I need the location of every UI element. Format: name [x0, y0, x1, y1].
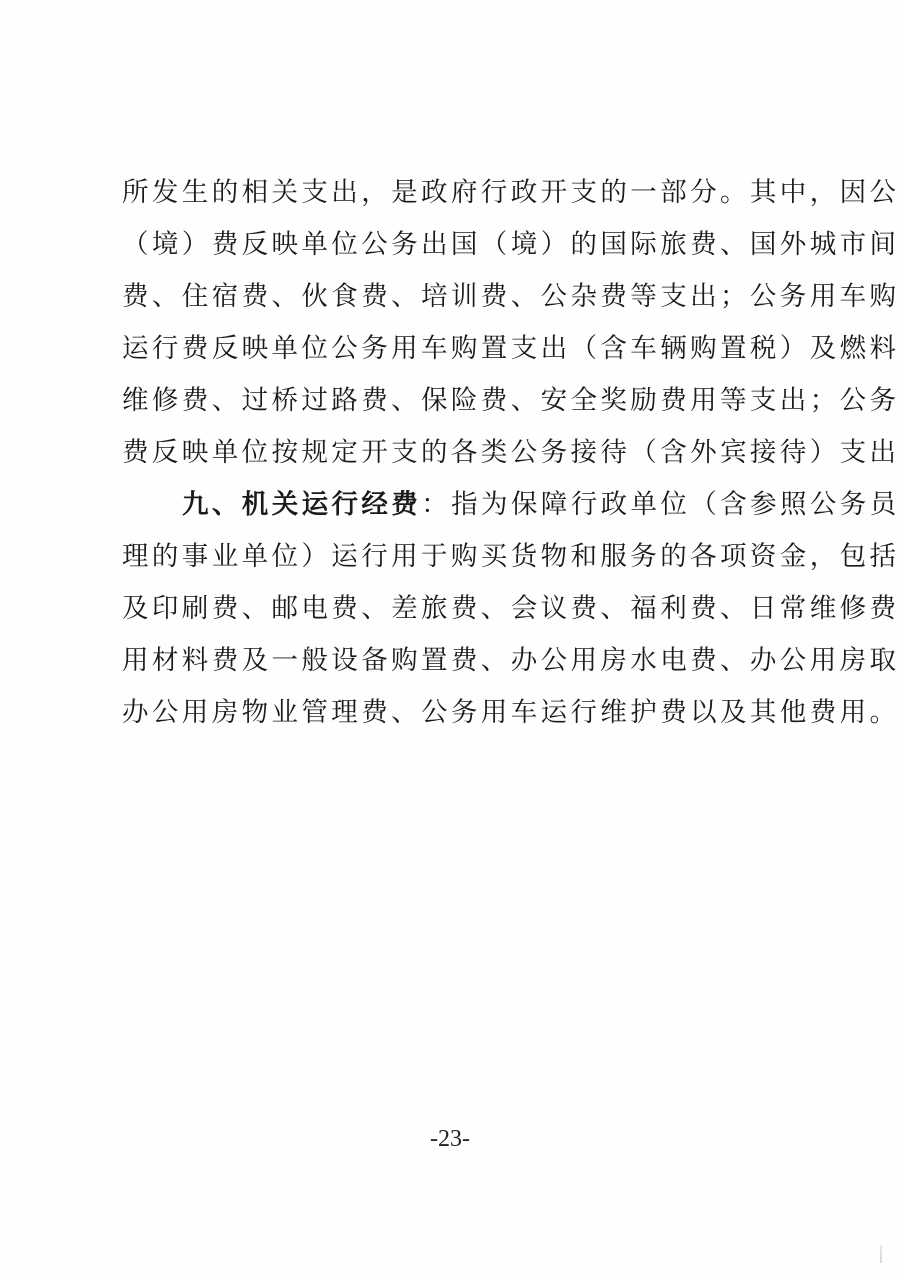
- paragraph-line: 维修费、过桥过路费、保险费、安全奖励费用等支出；公务接待: [122, 375, 786, 427]
- document-page: 所发生的相关支出，是政府行政开支的一部分。其中，因公出国 （境）费反映单位公务出…: [0, 0, 900, 1273]
- paragraph-line: 所发生的相关支出，是政府行政开支的一部分。其中，因公出国: [122, 167, 786, 219]
- paragraph-line: 及印刷费、邮电费、差旅费、会议费、福利费、日常维修费、专: [122, 583, 786, 635]
- paragraph-line: 理的事业单位）运行用于购买货物和服务的各项资金，包括办公: [122, 531, 786, 583]
- paragraph-line: 办公用房物业管理费、公务用车运行维护费以及其他费用。: [122, 687, 786, 739]
- section-definition-start: ：指为保障行政单位（含参照公务员法管: [421, 489, 900, 520]
- paragraph-line: 用材料费及一般设备购置费、办公用房水电费、办公用房取暖费、: [122, 635, 786, 687]
- scan-edge-mark: [880, 1245, 882, 1263]
- paragraph-line: 费反映单位按规定开支的各类公务接待（含外宾接待）支出。: [122, 427, 786, 479]
- section-heading-line: 九、机关运行经费：指为保障行政单位（含参照公务员法管: [122, 479, 786, 531]
- page-number: -23-: [0, 1126, 900, 1153]
- section-heading: 九、机关运行经费: [182, 489, 421, 520]
- paragraph-line: （境）费反映单位公务出国（境）的国际旅费、国外城市间交通: [122, 219, 786, 271]
- body-text: 所发生的相关支出，是政府行政开支的一部分。其中，因公出国 （境）费反映单位公务出…: [122, 167, 786, 739]
- paragraph-line: 运行费反映单位公务用车购置支出（含车辆购置税）及燃料费、: [122, 323, 786, 375]
- paragraph-line: 费、住宿费、伙食费、培训费、公杂费等支出；公务用车购置及: [122, 271, 786, 323]
